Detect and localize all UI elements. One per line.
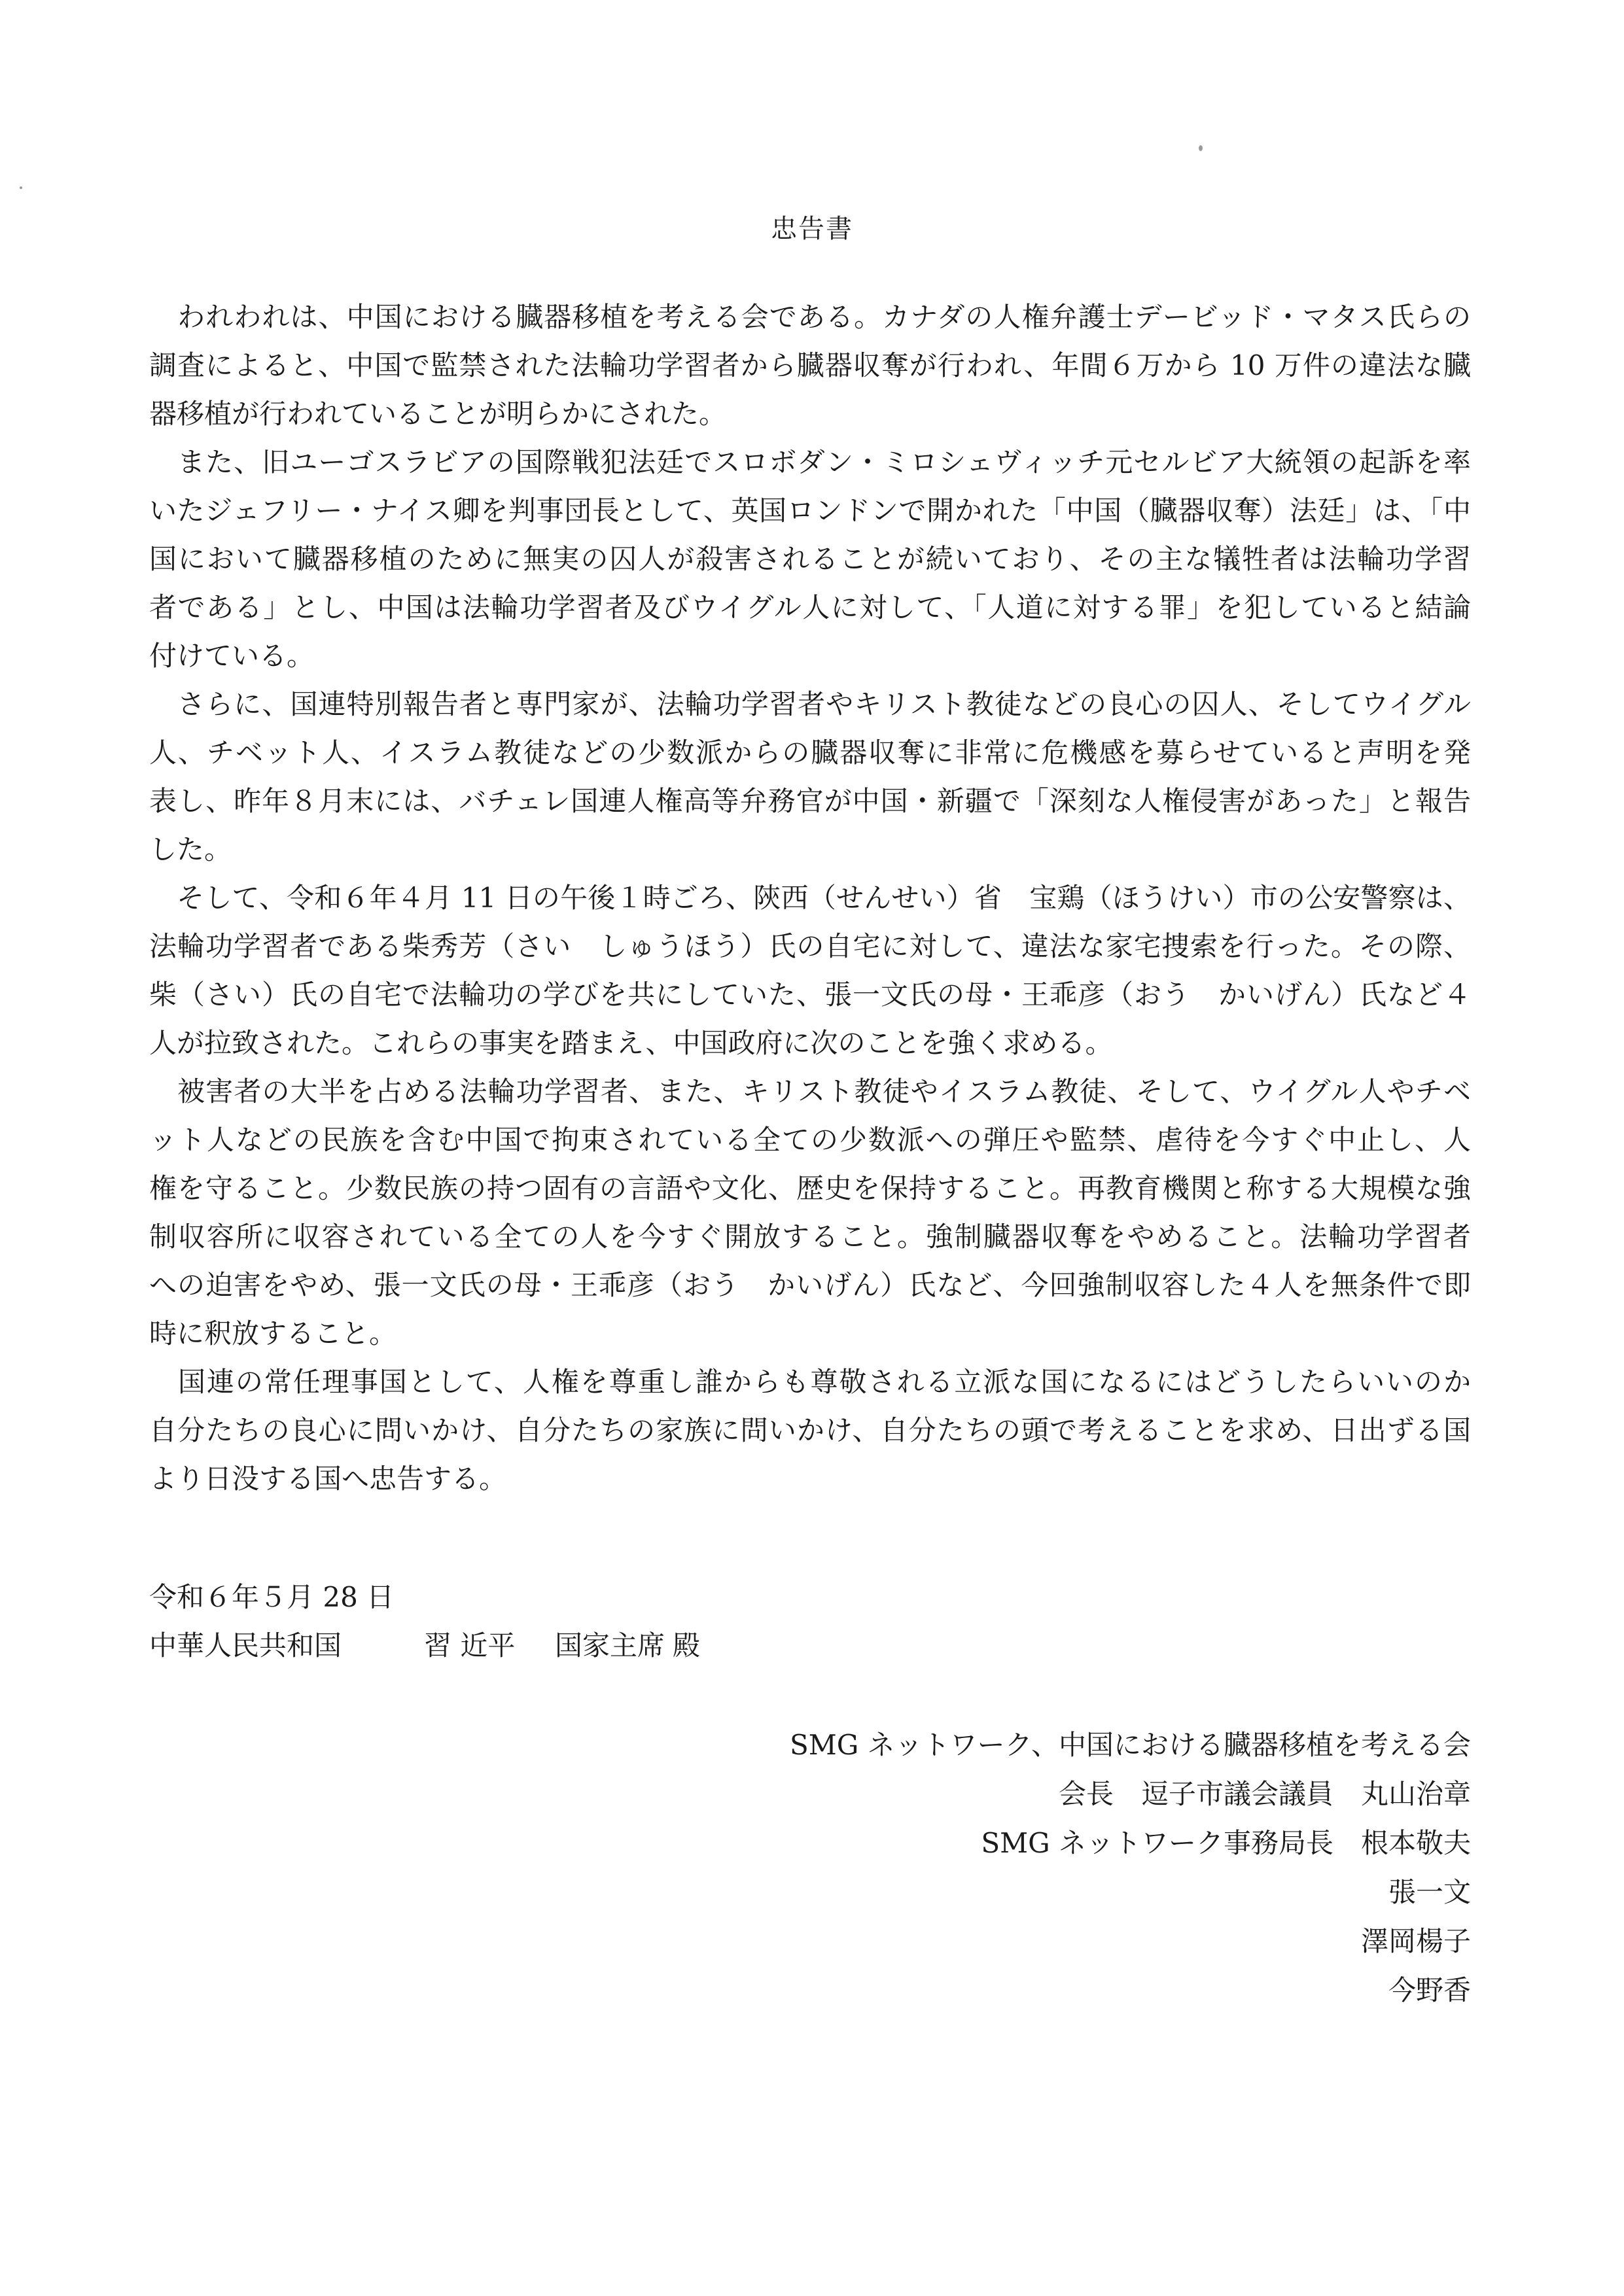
body-line: 法輪功学習者である柴秀芳（さい しゅうほう）氏の自宅に対して、違法な家宅捜索を行… <box>149 922 1471 971</box>
body-line: 人、チベット人、イスラム教徒などの少数派からの臓器収奪に非常に危機感を募らせてい… <box>149 729 1471 777</box>
document-date: 令和６年５月 28 日 <box>149 1573 700 1622</box>
body-line: 権を守ること。少数民族の持つ固有の言語や文化、歴史を保持すること。再教育機関と称… <box>149 1164 1471 1213</box>
addressee-position: 国家主席 <box>555 1622 673 1670</box>
addressee-name: 習 近平 <box>424 1622 555 1670</box>
body-line: した。 <box>149 826 1471 874</box>
document-body: われわれは、中国における臓器移植を考える会である。カナダの人権弁護士デービッド・… <box>149 293 1471 1503</box>
body-line: 時に釈放すること。 <box>149 1310 1471 1358</box>
body-line: 柴（さい）氏の自宅で法輪功の学びを共にしていた、張一文氏の母・王乖彦（おう かい… <box>149 971 1471 1019</box>
signatory-organization: SMG ネットワーク、中国における臓器移植を考える会 <box>790 1720 1471 1769</box>
body-line: 器移植が行われていることが明らかにされた。 <box>149 390 1471 438</box>
signatory-name: 澤岡楊子 <box>790 1917 1471 1966</box>
body-line: 国連の常任理事国として、人権を尊重し誰からも尊敬される立派な国になるにはどうした… <box>149 1358 1471 1406</box>
body-line: 自分たちの良心に問いかけ、自分たちの家族に問いかけ、自分たちの頭で考えることを求… <box>149 1406 1471 1455</box>
addressee: 中華人民共和国習 近平国家主席殿 <box>149 1622 700 1670</box>
body-line: 付けている。 <box>149 632 1471 680</box>
scan-speck <box>1199 145 1203 151</box>
scan-speck <box>20 186 22 189</box>
signatory-name: 張一文 <box>790 1868 1471 1917</box>
body-line: 国において臓器移植のために無実の囚人が殺害されることが続いており、その主な犠牲者… <box>149 535 1471 583</box>
body-line: さらに、国連特別報告者と専門家が、法輪功学習者やキリスト教徒などの良心の囚人、そ… <box>149 680 1471 729</box>
document-page: 忠告書 われわれは、中国における臓器移植を考える会である。カナダの人権弁護士デー… <box>0 0 1624 2296</box>
body-line: 人が拉致された。これらの事実を踏まえ、中国政府に次のことを強く求める。 <box>149 1019 1471 1068</box>
body-line: われわれは、中国における臓器移植を考える会である。カナダの人権弁護士デービッド・… <box>149 293 1471 341</box>
body-line: への迫害をやめ、張一文氏の母・王乖彦（おう かいげん）氏など、今回強制収容した４… <box>149 1261 1471 1310</box>
body-line: また、旧ユーゴスラビアの国際戦犯法廷でスロボダン・ミロシェヴィッチ元セルビア大統… <box>149 438 1471 487</box>
document-title: 忠告書 <box>0 208 1624 245</box>
body-line: 表し、昨年８月末には、バチェレ国連人権高等弁務官が中国・新疆で「深刻な人権侵害が… <box>149 777 1471 826</box>
body-line: 者である」とし、中国は法輪功学習者及びウイグル人に対して、「人道に対する罪」を犯… <box>149 583 1471 632</box>
body-line: 被害者の大半を占める法輪功学習者、また、キリスト教徒やイスラム教徒、そして、ウイ… <box>149 1068 1471 1116</box>
body-line: ット人などの民族を含む中国で拘束されている全ての少数派への弾圧や監禁、虐待を今す… <box>149 1116 1471 1164</box>
body-line: より日没する国へ忠告する。 <box>149 1455 1471 1503</box>
body-line: 制収容所に収容されている全ての人を今すぐ開放すること。強制臓器収奪をやめること。… <box>149 1213 1471 1261</box>
addressee-country: 中華人民共和国 <box>149 1622 424 1670</box>
signatory-chair: 会長 逗子市議会議員 丸山治章 <box>790 1769 1471 1818</box>
signatories: SMG ネットワーク、中国における臓器移植を考える会 会長 逗子市議会議員 丸山… <box>790 1720 1471 2015</box>
addressee-honorific: 殿 <box>673 1622 700 1670</box>
signatory-secretary-general: SMG ネットワーク事務局長 根本敬夫 <box>790 1818 1471 1868</box>
signatory-name: 今野香 <box>790 1966 1471 2015</box>
date-and-addressee: 令和６年５月 28 日 中華人民共和国習 近平国家主席殿 <box>149 1573 700 1670</box>
body-line: 調査によると、中国で監禁された法輪功学習者から臓器収奪が行われ、年間６万から 1… <box>149 341 1471 390</box>
body-line: そして、令和６年４月 11 日の午後１時ごろ、陝西（せんせい）省 宝鶏（ほうけい… <box>149 874 1471 922</box>
body-line: いたジェフリー・ナイス卿を判事団長として、英国ロンドンで開かれた「中国（臓器収奪… <box>149 487 1471 535</box>
